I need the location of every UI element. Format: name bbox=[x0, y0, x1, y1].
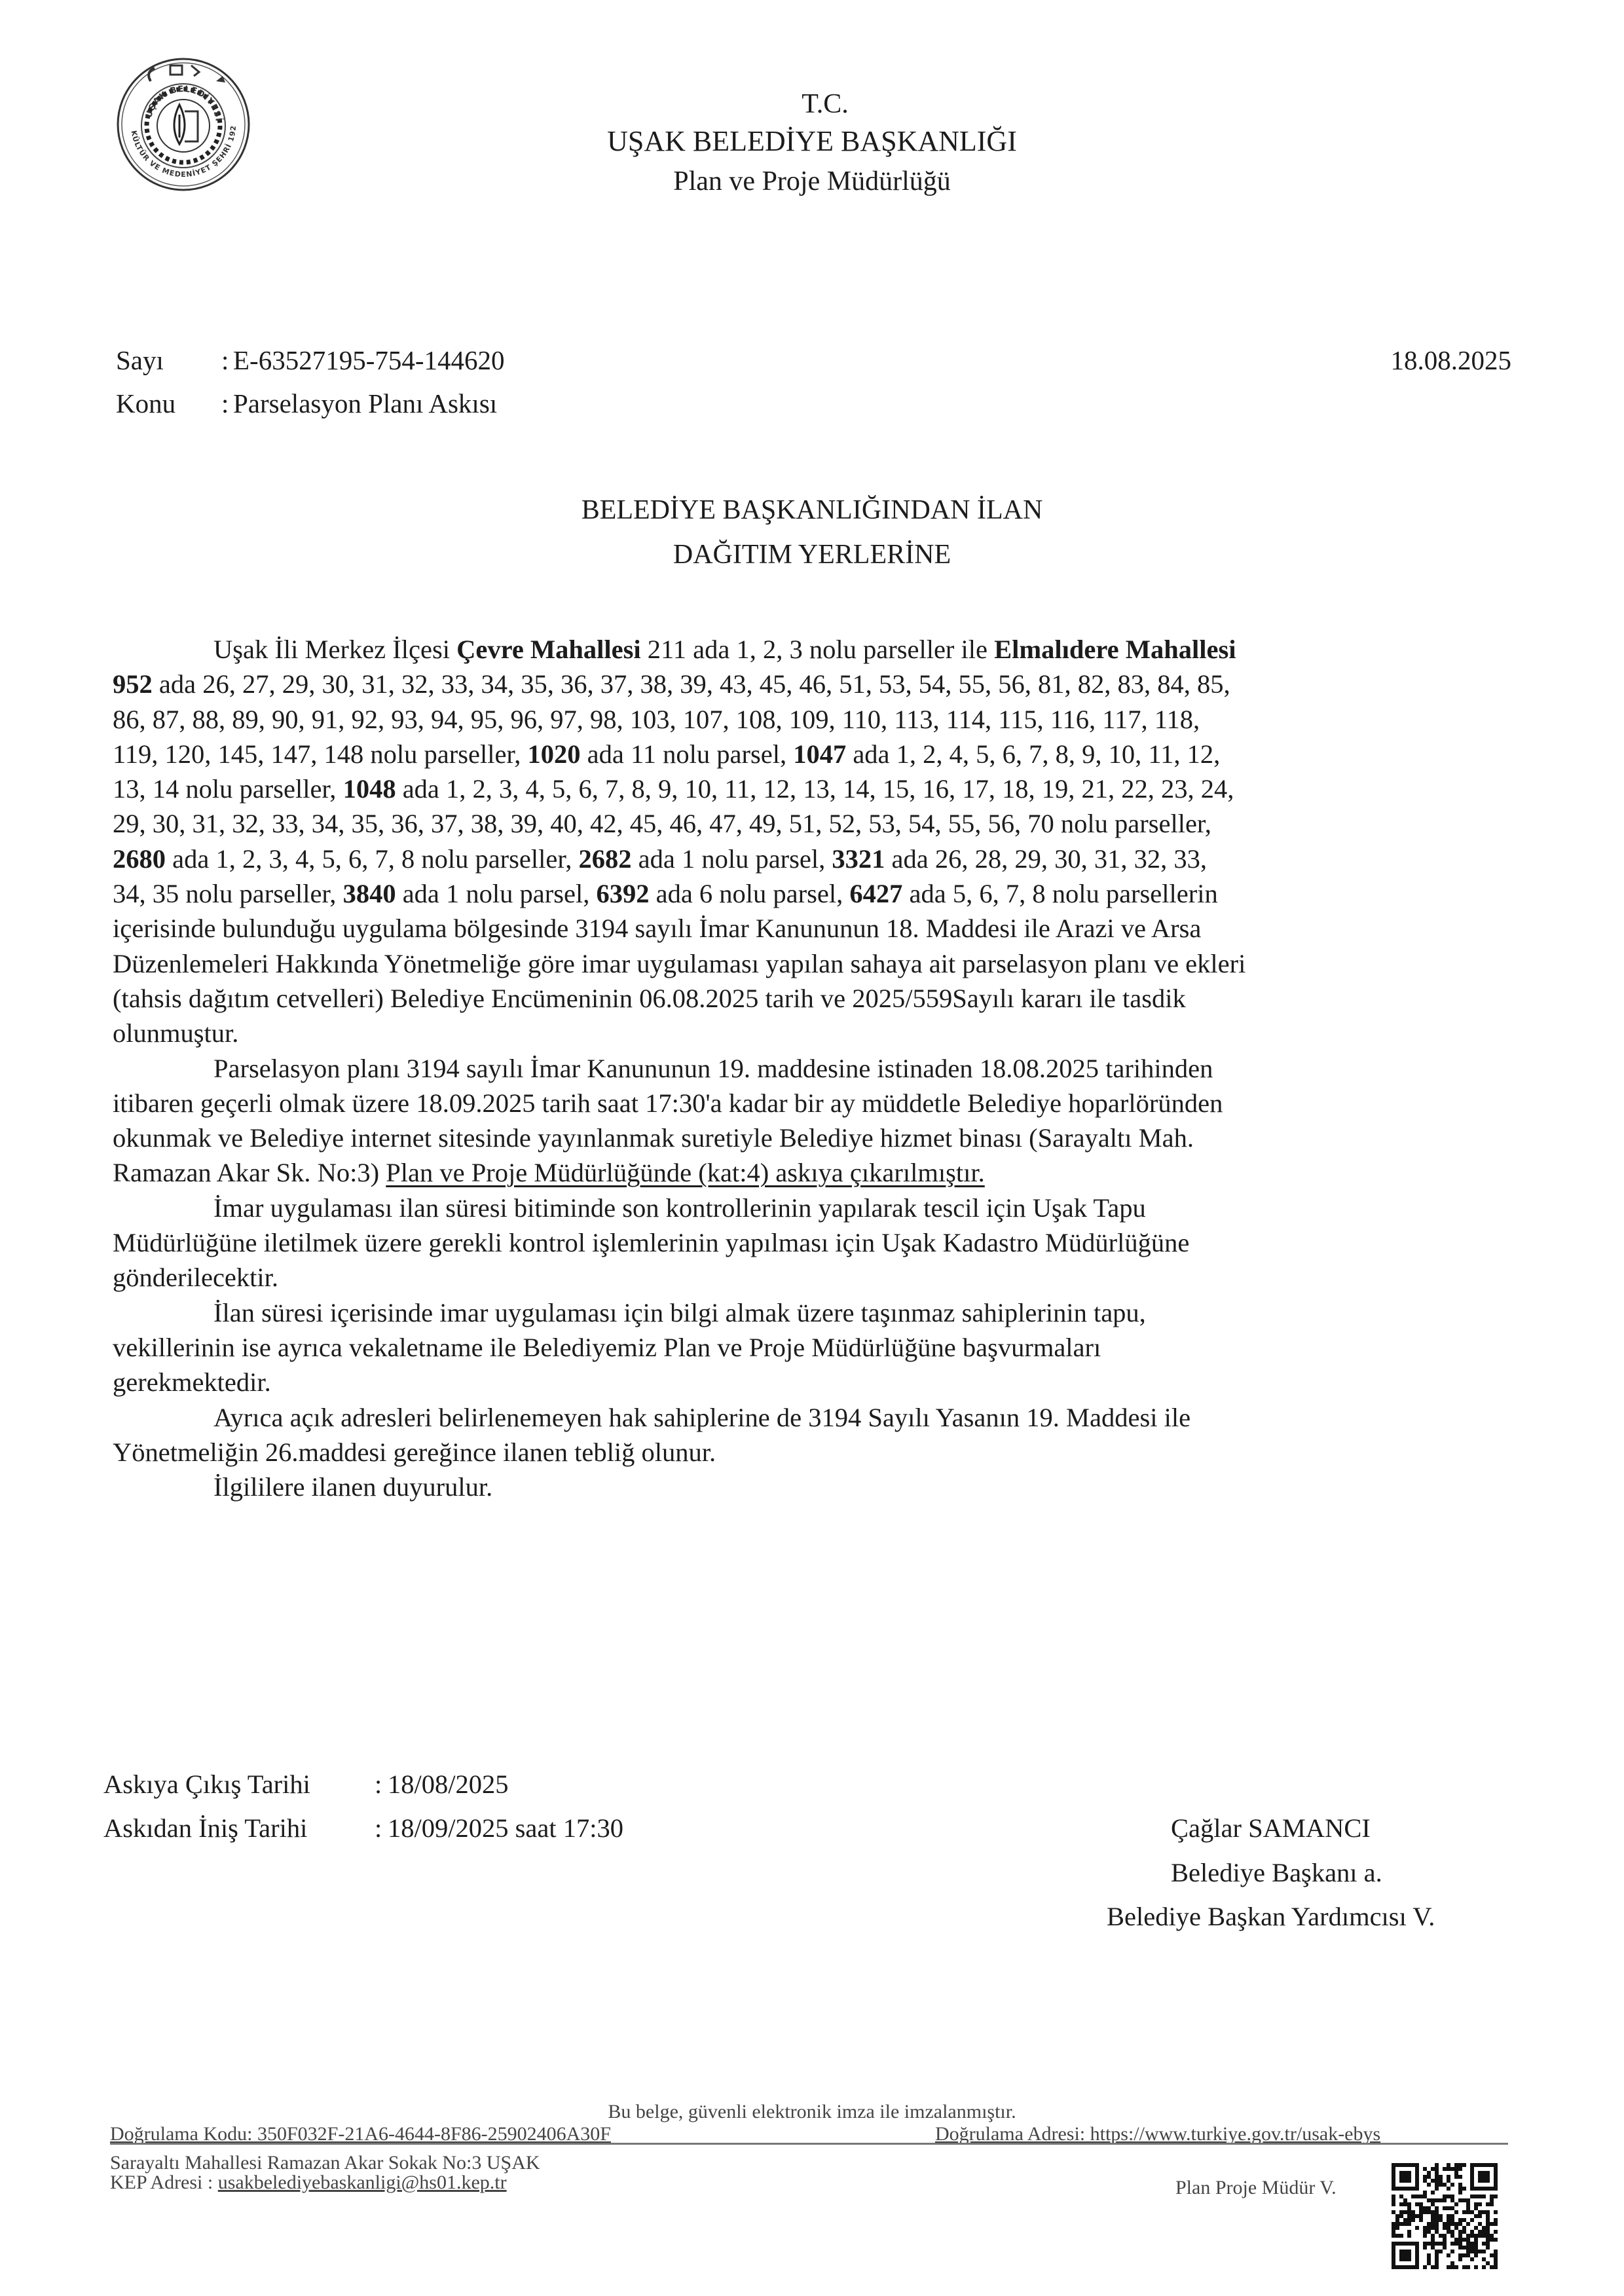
posting-start-separator: : bbox=[375, 1771, 382, 1798]
text-line: İlan süresi içerisinde imar uygulaması i… bbox=[113, 1295, 1515, 1330]
parcel-block-number: 2680 bbox=[113, 844, 166, 874]
signer-name: Çağlar SAMANCI bbox=[1171, 1815, 1371, 1842]
text-run: 34, 35 nolu parseller, bbox=[113, 879, 343, 908]
text-run: içerisinde bulunduğu uygulama bölgesinde… bbox=[113, 914, 1201, 943]
text-line: Parselasyon planı 3194 sayılı İmar Kanun… bbox=[113, 1051, 1515, 1086]
text-run: 29, 30, 31, 32, 33, 34, 35, 36, 37, 38, … bbox=[113, 809, 1211, 838]
text-run: gerekmektedir. bbox=[113, 1367, 271, 1397]
posting-end-separator: : bbox=[375, 1815, 382, 1842]
text-line: olunmuştur. bbox=[113, 1016, 1515, 1050]
announcement-title: BELEDİYE BAŞKANLIĞINDAN İLAN bbox=[0, 496, 1624, 524]
office-address: Sarayaltı Mahallesi Ramazan Akar Sokak N… bbox=[110, 2153, 540, 2173]
text-run: ada 1, 2, 3, 4, 5, 6, 7, 8, 9, 10, 11, 1… bbox=[396, 774, 1234, 804]
signer-deputy-role: Belediye Başkan Yardımcısı V. bbox=[1107, 1904, 1435, 1931]
text-run: Parselasyon planı 3194 sayılı İmar Kanun… bbox=[213, 1054, 1213, 1083]
text-run: Müdürlüğüne iletilmek üzere gerekli kont… bbox=[113, 1228, 1189, 1257]
text-run: İlan süresi içerisinde imar uygulaması i… bbox=[213, 1298, 1146, 1327]
document-date: 18.08.2025 bbox=[1391, 347, 1512, 374]
text-run: vekillerinin ise ayrıca vekaletname ile … bbox=[113, 1333, 1101, 1362]
parcel-block-number: Elmalıdere Mahallesi bbox=[994, 635, 1236, 664]
parcel-block-number: 2682 bbox=[579, 844, 632, 874]
text-run: 13, 14 nolu parseller, bbox=[113, 774, 343, 804]
paragraph-information: İlan süresi içerisinde imar uygulaması i… bbox=[113, 1295, 1515, 1400]
parcel-block-number: 3840 bbox=[343, 879, 396, 908]
text-run: itibaren geçerli olmak üzere 18.09.2025 … bbox=[113, 1088, 1223, 1118]
text-run: gönderilecektir. bbox=[113, 1263, 278, 1292]
text-run: olunmuştur. bbox=[113, 1018, 238, 1048]
subject-separator: : bbox=[221, 390, 229, 417]
text-line: Yönetmeliğin 26.maddesi gereğince ilanen… bbox=[113, 1435, 1515, 1470]
text-run: ada 1 nolu parsel, bbox=[396, 879, 597, 908]
text-line: İlgililere ilanen duyurulur. bbox=[113, 1470, 1515, 1504]
text-line: okunmak ve Belediye internet sitesinde y… bbox=[113, 1120, 1515, 1155]
text-line: 2680 ada 1, 2, 3, 4, 5, 6, 7, 8 nolu par… bbox=[113, 842, 1515, 876]
parcel-block-number: 3321 bbox=[832, 844, 885, 874]
posting-location: Plan ve Proje Müdürlüğünde (kat:4) askıy… bbox=[386, 1158, 984, 1187]
text-run: 119, 120, 145, 147, 148 nolu parseller, bbox=[113, 739, 528, 769]
text-run: Yönetmeliğin 26.maddesi gereğince ilanen… bbox=[113, 1437, 716, 1467]
text-line: 86, 87, 88, 89, 90, 91, 92, 93, 94, 95, … bbox=[113, 702, 1515, 737]
parcel-block-number: 1048 bbox=[343, 774, 396, 804]
text-line: 13, 14 nolu parseller, 1048 ada 1, 2, 3,… bbox=[113, 771, 1515, 806]
text-line: Uşak İli Merkez İlçesi Çevre Mahallesi 2… bbox=[113, 632, 1515, 667]
footer-divider bbox=[110, 2143, 1508, 2145]
text-run: 86, 87, 88, 89, 90, 91, 92, 93, 94, 95, … bbox=[113, 705, 1200, 734]
text-line: gerekmektedir. bbox=[113, 1365, 1515, 1399]
paragraph-registration: İmar uygulaması ilan süresi bitiminde so… bbox=[113, 1191, 1515, 1295]
text-run: Düzenlemeleri Hakkında Yönetmeliğe göre … bbox=[113, 949, 1246, 978]
parcel-block-number: 1020 bbox=[528, 739, 581, 769]
parcel-block-number: 6392 bbox=[596, 879, 649, 908]
kep-label: KEP Adresi : bbox=[110, 2172, 218, 2193]
esign-note: Bu belge, güvenli elektronik imza ile im… bbox=[0, 2102, 1624, 2122]
paragraph-posting-period: Parselasyon planı 3194 sayılı İmar Kanun… bbox=[113, 1051, 1515, 1191]
kep-address-link[interactable]: usakbelediyebaskanligi@hs01.kep.tr bbox=[218, 2172, 507, 2193]
paragraph-notification: Ayrıca açık adresleri belirlenemeyen hak… bbox=[113, 1400, 1515, 1470]
text-run: İlgililere ilanen duyurulur. bbox=[213, 1472, 492, 1502]
qr-code-icon bbox=[1392, 2163, 1498, 2269]
text-run: Ramazan Akar Sk. No:3) bbox=[113, 1158, 386, 1187]
organization-name: UŞAK BELEDİYE BAŞKANLIĞI bbox=[0, 127, 1624, 156]
number-label: Sayı bbox=[116, 347, 164, 374]
document-number: E-63527195-754-144620 bbox=[233, 347, 505, 374]
text-run: (tahsis dağıtım cetvelleri) Belediye Enc… bbox=[113, 984, 1186, 1013]
text-line: itibaren geçerli olmak üzere 18.09.2025 … bbox=[113, 1086, 1515, 1120]
posting-end-date: 18/09/2025 saat 17:30 bbox=[388, 1815, 623, 1842]
distribution-title: DAĞITIM YERLERİNE bbox=[0, 541, 1624, 568]
text-line: 119, 120, 145, 147, 148 nolu parseller, … bbox=[113, 737, 1515, 771]
text-run: okunmak ve Belediye internet sitesinde y… bbox=[113, 1123, 1194, 1153]
text-run: ada 26, 28, 29, 30, 31, 32, 33, bbox=[885, 844, 1207, 874]
paragraph-closing: İlgililere ilanen duyurulur. bbox=[113, 1470, 1515, 1504]
posting-end-label: Askıdan İniş Tarihi bbox=[103, 1815, 307, 1842]
signer-role: Belediye Başkanı a. bbox=[1171, 1860, 1382, 1887]
text-run: Ayrıca açık adresleri belirlenemeyen hak… bbox=[213, 1403, 1190, 1432]
verification-code: Doğrulama Kodu: 350F032F-21A6-4644-8F86-… bbox=[110, 2124, 611, 2144]
text-run: ada 11 nolu parsel, bbox=[581, 739, 794, 769]
text-line: (tahsis dağıtım cetvelleri) Belediye Enc… bbox=[113, 981, 1515, 1016]
announcement-body: Uşak İli Merkez İlçesi Çevre Mahallesi 2… bbox=[113, 632, 1515, 1504]
text-line: gönderilecektir. bbox=[113, 1260, 1515, 1295]
text-run: ada 1 nolu parsel, bbox=[632, 844, 832, 874]
text-line: Ayrıca açık adresleri belirlenemeyen hak… bbox=[113, 1400, 1515, 1435]
text-run: ada 1, 2, 4, 5, 6, 7, 8, 9, 10, 11, 12, bbox=[846, 739, 1220, 769]
paragraph-parcels: Uşak İli Merkez İlçesi Çevre Mahallesi 2… bbox=[113, 632, 1515, 1051]
text-run: ada 1, 2, 3, 4, 5, 6, 7, 8 nolu parselle… bbox=[166, 844, 579, 874]
parcel-block-number: Çevre Mahallesi bbox=[456, 635, 641, 664]
text-run: ada 6 nolu parsel, bbox=[649, 879, 849, 908]
kep-address-row: KEP Adresi : usakbelediyebaskanligi@hs01… bbox=[110, 2173, 507, 2193]
text-line: İmar uygulaması ilan süresi bitiminde so… bbox=[113, 1191, 1515, 1225]
text-line: 29, 30, 31, 32, 33, 34, 35, 36, 37, 38, … bbox=[113, 806, 1515, 841]
verification-address-link[interactable]: Doğrulama Adresi: https://www.turkiye.go… bbox=[935, 2124, 1380, 2144]
parcel-block-number: 952 bbox=[113, 669, 153, 699]
number-separator: : bbox=[221, 347, 229, 374]
text-line: Ramazan Akar Sk. No:3) Plan ve Proje Müd… bbox=[113, 1155, 1515, 1190]
text-run: 211 ada 1, 2, 3 nolu parseller ile bbox=[641, 635, 994, 664]
signer-title: Plan Proje Müdür V. bbox=[1175, 2178, 1337, 2198]
subject-label: Konu bbox=[116, 390, 175, 417]
text-line: Düzenlemeleri Hakkında Yönetmeliğe göre … bbox=[113, 946, 1515, 981]
text-line: 34, 35 nolu parseller, 3840 ada 1 nolu p… bbox=[113, 876, 1515, 911]
parcel-block-number: 6427 bbox=[849, 879, 902, 908]
subject-value: Parselasyon Planı Askısı bbox=[233, 390, 497, 417]
department-name: Plan ve Proje Müdürlüğü bbox=[0, 168, 1624, 195]
text-run: ada 26, 27, 29, 30, 31, 32, 33, 34, 35, … bbox=[153, 669, 1230, 699]
text-run: İmar uygulaması ilan süresi bitiminde so… bbox=[213, 1193, 1146, 1223]
text-run: Uşak İli Merkez İlçesi bbox=[213, 635, 456, 664]
text-line: vekillerinin ise ayrıca vekaletname ile … bbox=[113, 1330, 1515, 1365]
posting-start-label: Askıya Çıkış Tarihi bbox=[103, 1771, 310, 1798]
parcel-block-number: 1047 bbox=[793, 739, 846, 769]
republic-label: T.C. bbox=[0, 90, 1624, 118]
text-line: Müdürlüğüne iletilmek üzere gerekli kont… bbox=[113, 1225, 1515, 1260]
text-line: içerisinde bulunduğu uygulama bölgesinde… bbox=[113, 911, 1515, 946]
text-line: 952 ada 26, 27, 29, 30, 31, 32, 33, 34, … bbox=[113, 667, 1515, 701]
posting-start-date: 18/08/2025 bbox=[388, 1771, 509, 1798]
text-run: ada 5, 6, 7, 8 nolu parsellerin bbox=[902, 879, 1217, 908]
